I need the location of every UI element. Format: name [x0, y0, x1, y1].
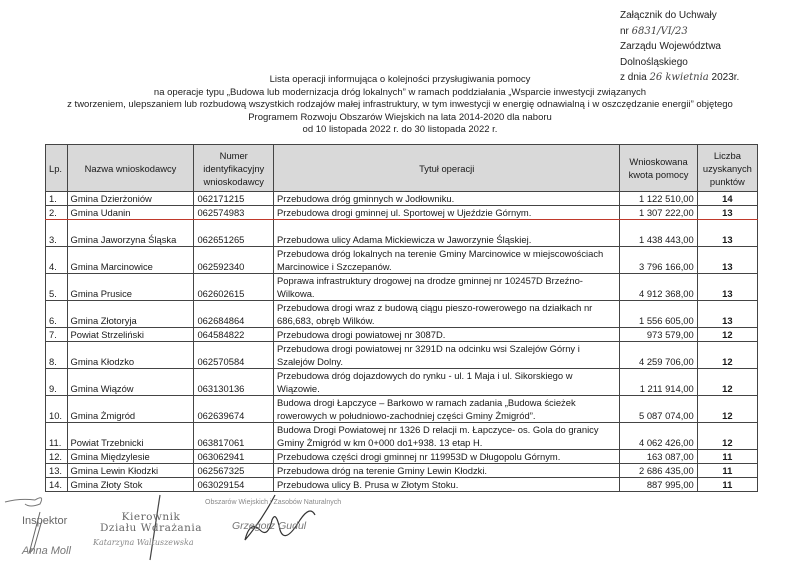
table-row: 1.Gmina Dzierżoniów062171215Przebudowa d…: [46, 192, 758, 206]
cell-title: Przebudowa drogi powiatowej nr 3087D.: [274, 328, 620, 342]
cell-name: Gmina Dzierżoniów: [67, 192, 194, 206]
cell-amount: 4 062 426,00: [620, 423, 697, 450]
cell-id: 062574983: [194, 206, 274, 220]
cell-name: Gmina Żmigród: [67, 396, 194, 423]
annex-line-3: Zarządu Województwa: [620, 39, 800, 55]
table-row: 3.Gmina Jaworzyna Śląska062651265Przebud…: [46, 220, 758, 247]
cell-title: Poprawa infrastruktury drogowej na drodz…: [274, 274, 620, 301]
cell-points: 12: [697, 328, 757, 342]
cell-points: 12: [697, 423, 757, 450]
table-row: 10.Gmina Żmigród062639674Budowa drogi Ła…: [46, 396, 758, 423]
cell-name: Powiat Trzebnicki: [67, 423, 194, 450]
cell-amount: 1 307 222,00: [620, 206, 697, 220]
kierownik-line-2: Działu Wdrażania: [100, 523, 202, 534]
cell-id: 062592340: [194, 247, 274, 274]
cell-points: 13: [697, 274, 757, 301]
cell-id: 063130136: [194, 369, 274, 396]
table-row: 8.Gmina Kłodzko062570584Przebudowa drogi…: [46, 342, 758, 369]
cell-title: Budowa Drogi Powiatowej nr 1326 D relacj…: [274, 423, 620, 450]
cell-amount: 1 122 510,00: [620, 192, 697, 206]
cell-title: Przebudowa dróg na terenie Gminy Lewin K…: [274, 464, 620, 478]
cell-amount: 4 912 368,00: [620, 274, 697, 301]
inspektor-name: Anna Moll: [22, 545, 71, 557]
cell-name: Powiat Strzeliński: [67, 328, 194, 342]
table-row: 6.Gmina Złotoryja062684864Przebudowa dro…: [46, 301, 758, 328]
title-line-5: od 10 listopada 2022 r. do 30 listopada …: [0, 124, 800, 137]
cell-points: 12: [697, 369, 757, 396]
table-row: 2.Gmina Udanin062574983Przebudowa drogi …: [46, 206, 758, 220]
cell-name: Gmina Udanin: [67, 206, 194, 220]
header-title: Tytuł operacji: [274, 145, 620, 192]
cell-lp: 14.: [46, 478, 68, 492]
stamp-text: Obszarów Wiejskich i Zasobów Naturalnych: [205, 499, 341, 506]
cell-id: 062171215: [194, 192, 274, 206]
cell-id: 062570584: [194, 342, 274, 369]
annex-nr-handwritten: 6831/VI/23: [632, 26, 688, 37]
cell-id: 062639674: [194, 396, 274, 423]
cell-id: 062567325: [194, 464, 274, 478]
cell-amount: 3 796 166,00: [620, 247, 697, 274]
table-row: 4.Gmina Marcinowice062592340Przebudowa d…: [46, 247, 758, 274]
table-row: 14.Gmina Złoty Stok063029154Przebudowa u…: [46, 478, 758, 492]
cell-points: 11: [697, 464, 757, 478]
cell-title: Przebudowa dróg gminnych w Jodłowniku.: [274, 192, 620, 206]
cell-points: 14: [697, 192, 757, 206]
title-line-3: z tworzeniem, ulepszaniem lub rozbudową …: [0, 99, 800, 112]
annex-line-1: Załącznik do Uchwały: [620, 8, 800, 24]
inspektor-label: Inspektor: [22, 515, 67, 527]
header-id: Numer identyfikacyjny wnioskodawcy: [194, 145, 274, 192]
cell-lp: 9.: [46, 369, 68, 396]
cell-title: Przebudowa dróg lokalnych na terenie Gmi…: [274, 247, 620, 274]
cell-lp: 13.: [46, 464, 68, 478]
cell-amount: 1 211 914,00: [620, 369, 697, 396]
cell-name: Gmina Złotoryja: [67, 301, 194, 328]
document-title: Lista operacji informująca o kolejności …: [0, 74, 800, 137]
cell-id: 063062941: [194, 450, 274, 464]
cell-id: 063817061: [194, 423, 274, 450]
cell-lp: 8.: [46, 342, 68, 369]
cell-amount: 5 087 074,00: [620, 396, 697, 423]
cell-id: 062602615: [194, 274, 274, 301]
cell-points: 12: [697, 396, 757, 423]
cell-lp: 7.: [46, 328, 68, 342]
annex-line-4: Dolnośląskiego: [620, 55, 800, 71]
cell-amount: 2 686 435,00: [620, 464, 697, 478]
cell-points: 12: [697, 342, 757, 369]
cell-amount: 163 087,00: [620, 450, 697, 464]
cell-points: 13: [697, 206, 757, 220]
annex-number: nr 6831/VI/23: [620, 24, 800, 40]
table-row: 12.Gmina Międzylesie063062941Przebudowa …: [46, 450, 758, 464]
table-row: 7.Powiat Strzeliński064584822Przebudowa …: [46, 328, 758, 342]
kierownik-stamp: Kierownik Działu Wdrażania: [100, 512, 202, 534]
cell-amount: 1 556 605,00: [620, 301, 697, 328]
title-line-2: na operacje typu „Budowa lub modernizacj…: [0, 87, 800, 100]
cell-lp: 4.: [46, 247, 68, 274]
cell-name: Gmina Prusice: [67, 274, 194, 301]
cell-name: Gmina Złoty Stok: [67, 478, 194, 492]
cell-lp: 11.: [46, 423, 68, 450]
table-row: 13.Gmina Lewin Kłodzki062567325Przebudow…: [46, 464, 758, 478]
table-row: 11.Powiat Trzebnicki063817061Budowa Drog…: [46, 423, 758, 450]
cell-title: Przebudowa ulicy Adama Mickiewicza w Jaw…: [274, 220, 620, 247]
kierownik-name: Katarzyna Waltuszewska: [93, 538, 194, 547]
cell-points: 13: [697, 301, 757, 328]
cell-title: Budowa drogi Łapczyce – Barkowo w ramach…: [274, 396, 620, 423]
cell-points: 11: [697, 450, 757, 464]
cell-lp: 1.: [46, 192, 68, 206]
cell-id: 063029154: [194, 478, 274, 492]
header-amount: Wnioskowana kwota pomocy: [620, 145, 697, 192]
cell-id: 062684864: [194, 301, 274, 328]
dyrektor-name: Grzegorz Gudul: [232, 520, 306, 532]
cell-title: Przebudowa drogi gminnej ul. Sportowej w…: [274, 206, 620, 220]
table-header-row: Lp. Nazwa wnioskodawcy Numer identyfikac…: [46, 145, 758, 192]
title-line-4: Programem Rozwoju Obszarów Wiejskich na …: [0, 112, 800, 125]
cell-name: Gmina Lewin Kłodzki: [67, 464, 194, 478]
header-lp: Lp.: [46, 145, 68, 192]
header-name: Nazwa wnioskodawcy: [67, 145, 194, 192]
table-row: 9.Gmina Wiązów063130136Przebudowa dróg d…: [46, 369, 758, 396]
cell-name: Gmina Marcinowice: [67, 247, 194, 274]
cell-lp: 3.: [46, 220, 68, 247]
cell-title: Przebudowa dróg dojazdowych do rynku - u…: [274, 369, 620, 396]
cell-lp: 10.: [46, 396, 68, 423]
annex-nr-prefix: nr: [620, 26, 632, 37]
cell-name: Gmina Jaworzyna Śląska: [67, 220, 194, 247]
cell-title: Przebudowa części drogi gminnej nr 11995…: [274, 450, 620, 464]
cell-amount: 973 579,00: [620, 328, 697, 342]
cell-amount: 4 259 706,00: [620, 342, 697, 369]
table-row: 5.Gmina Prusice062602615Poprawa infrastr…: [46, 274, 758, 301]
cell-title: Przebudowa drogi powiatowej nr 3291D na …: [274, 342, 620, 369]
cell-points: 13: [697, 220, 757, 247]
cell-amount: 887 995,00: [620, 478, 697, 492]
cell-lp: 2.: [46, 206, 68, 220]
cell-title: Przebudowa ulicy B. Prusa w Złotym Stoku…: [274, 478, 620, 492]
title-line-1: Lista operacji informująca o kolejności …: [0, 74, 800, 87]
cell-id: 064584822: [194, 328, 274, 342]
cell-points: 11: [697, 478, 757, 492]
cell-lp: 12.: [46, 450, 68, 464]
cell-name: Gmina Kłodzko: [67, 342, 194, 369]
cell-points: 13: [697, 247, 757, 274]
header-points: Liczba uzyskanych punktów: [697, 145, 757, 192]
cell-name: Gmina Międzylesie: [67, 450, 194, 464]
cell-title: Przebudowa drogi wraz z budową ciągu pie…: [274, 301, 620, 328]
operations-table: Lp. Nazwa wnioskodawcy Numer identyfikac…: [45, 144, 758, 492]
cell-name: Gmina Wiązów: [67, 369, 194, 396]
cell-lp: 5.: [46, 274, 68, 301]
cell-lp: 6.: [46, 301, 68, 328]
cell-id: 062651265: [194, 220, 274, 247]
cell-amount: 1 438 443,00: [620, 220, 697, 247]
